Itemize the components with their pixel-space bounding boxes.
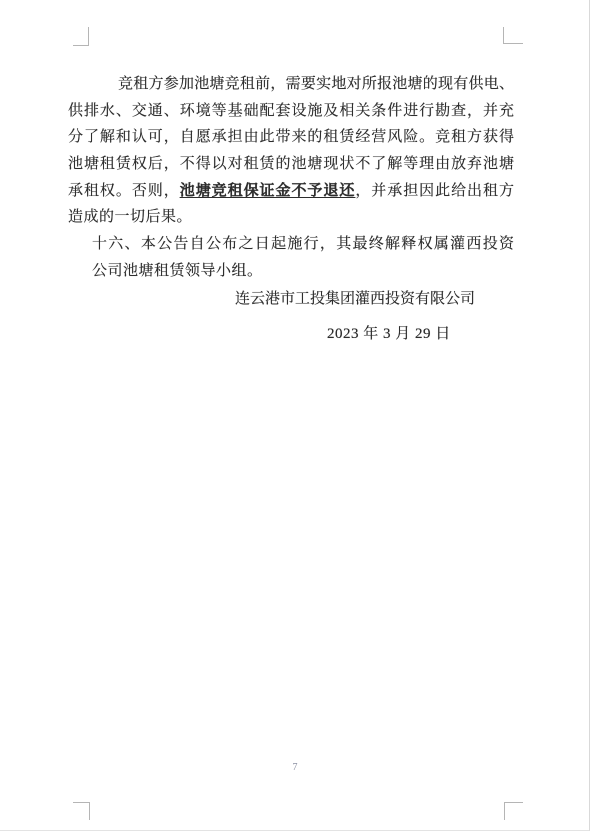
- corner-mark-bottom-left: [73, 802, 90, 820]
- text-segment: 承租权。否则，: [68, 183, 180, 199]
- text-line: 供排水、交通、环境等基础配套设施及相关条件进行勘查，并充: [68, 98, 514, 125]
- corner-mark-top-right: [503, 27, 523, 44]
- text-segment: ，并承担因此给出租方: [355, 183, 514, 199]
- document-page: 竞租方参加池塘竞租前，需要实地对所报池塘的现有供电、 供排水、交通、环境等基础配…: [0, 0, 590, 831]
- corner-mark-bottom-right: [504, 802, 523, 820]
- text-line: 池塘租赁权后，不得以对租赁的池塘现状不了解等理由放弃池塘: [68, 151, 514, 178]
- signature-company-name: 连云港市工投集团灌西投资有限公司: [68, 290, 514, 309]
- emphasized-deposit-clause: 池塘竞租保证金不予退还: [180, 183, 356, 199]
- paragraph-clause-16: 十六、本公告自公布之日起施行，其最终解释权属灌西投资 公司池塘租赁领导小组。: [92, 231, 514, 284]
- text-line: 十六、本公告自公布之日起施行，其最终解释权属灌西投资: [92, 231, 514, 258]
- corner-mark-top-left: [73, 27, 89, 46]
- text-line: 造成的一切后果。: [68, 204, 514, 231]
- text-line: 公司池塘租赁领导小组。: [92, 258, 514, 285]
- document-body: 竞租方参加池塘竞租前，需要实地对所报池塘的现有供电、 供排水、交通、环境等基础配…: [68, 71, 514, 285]
- page-number: 7: [0, 762, 590, 774]
- text-line-with-emphasis: 承租权。否则，池塘竞租保证金不予退还，并承担因此给出租方: [68, 178, 514, 205]
- paragraph-terms: 竞租方参加池塘竞租前，需要实地对所报池塘的现有供电、 供排水、交通、环境等基础配…: [68, 71, 514, 231]
- text-line: 分了解和认可，自愿承担由此带来的租赁经营风险。竞租方获得: [68, 124, 514, 151]
- signature-date: 2023 年 3 月 29 日: [327, 325, 451, 344]
- text-line: 竞租方参加池塘竞租前，需要实地对所报池塘的现有供电、: [68, 71, 514, 98]
